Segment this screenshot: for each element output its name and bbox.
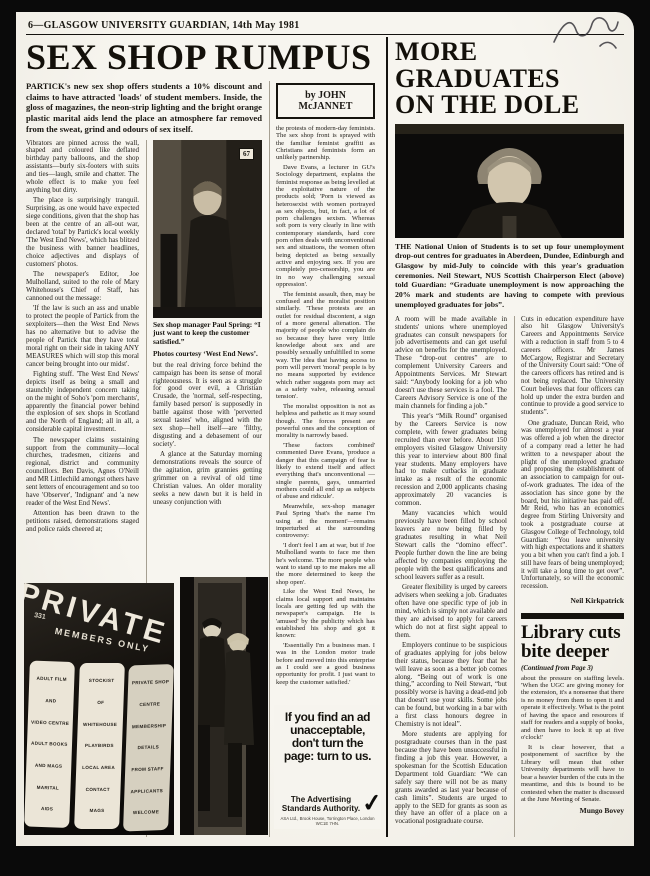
paragraph: VIDEO CENTRE [31,719,69,726]
paragraph: AND [45,698,56,704]
newspaper-page: 6—GLASGOW UNIVERSITY GUARDIAN, 14th May … [16,12,634,846]
paragraph: Many vacancies which would previously ha… [395,510,507,581]
paragraph: This year's “Milk Round” organised by th… [395,413,507,508]
paragraph: Dave Evans, a lecturer in GU's Sociology… [276,164,375,288]
scan-border: 6—GLASGOW UNIVERSITY GUARDIAN, 14th May … [0,0,650,876]
byline-box: by JOHN McJANNET [276,83,375,119]
masthead: 6—GLASGOW UNIVERSITY GUARDIAN, 14th May … [26,20,624,35]
paragraph: ADULT BOOKS [31,741,68,748]
demonstrators-photo-image [180,577,268,835]
photo-credit: Photos courtesy ‘West End News’. [153,350,262,358]
graduates-column-2: Cuts in education expenditure have also … [514,316,624,837]
paragraph: AND MAGS [35,763,63,769]
asa-ad-footer: The Advertising Standards Authority. ✓ [276,795,379,813]
paragraph: More students are applying for postgradu… [395,731,507,826]
sexshop-headline: SEX SHOP RUMPUS [26,38,381,77]
paragraph: MARITAL [37,784,60,790]
manager-photo-image [153,140,262,307]
column-text: the protests of modern-day feminists. Th… [276,125,375,689]
section-rule [521,613,624,619]
paragraph: A room will be made available in student… [395,316,507,411]
sexshop-intro: PARTICK's new sex shop offers students a… [26,81,262,135]
library-continued-note: (Continued from Page 3) [521,664,624,672]
paragraph: CENTRE [140,701,161,707]
paragraph: 'If the law is such an ass and unable to… [26,305,139,368]
asa-organisation: The Advertising Standards Authority. [276,795,366,813]
paragraph: WELCOME [133,810,159,816]
shop-number-sign: 331 [33,612,46,621]
paragraph: Attention has been drawn to the petition… [26,510,139,534]
paragraph: Cuts in education expenditure have also … [521,316,624,417]
pen-scribble [550,12,620,54]
paragraph: ADULT FILM [36,676,66,683]
manager-photo: 67 [153,140,262,318]
paragraph: but the real driving force behind the ca… [153,362,262,449]
paragraph: STOCKIST [88,678,114,683]
column-text: about the pressure on staffing levels. '… [521,675,624,804]
paragraph: Employers continue to be suspicious of g… [395,642,507,729]
asa-tick-icon: ✓ [360,788,383,819]
paragraph: PRIVATE SHOP [132,679,169,686]
paragraph: CONTACT [85,787,109,792]
paragraph: 'These factors combined' commented Dave … [276,442,375,501]
manager-photo-caption: Sex shop manager Paul Spring: “I just wa… [153,321,262,347]
paragraph: PLAYBIRDS [84,743,113,748]
paragraph: WHITEHOUSE [83,722,117,727]
paragraph: A glance at the Saturday morning demonst… [153,451,262,506]
column-text: but the real driving force behind the ca… [153,362,262,507]
graduates-columns: A room will be made available in student… [395,316,624,837]
headline-line-2: ON THE DOLE [395,90,580,119]
window-sign-panel-2: STOCKISTOFWHITEHOUSEPLAYBIRDSLOCAL AREAC… [74,663,124,829]
paragraph: It is clear however, that a postponement… [521,744,624,804]
window-sign-panel-1: ADULT FILMANDVIDEO CENTREADULT BOOKSAND … [24,661,74,828]
paragraph: One graduate, Duncan Reid, who was unemp… [521,420,624,592]
window-sign-panel-3: PRIVATE SHOPCENTREMEMBERSHIPDETAILSFROM … [123,664,174,831]
paragraph: The place is surprisingly tranquil. Surp… [26,197,139,268]
paragraph: FROM STAFF [132,766,165,773]
asa-ad-headline: If you find an ad unacceptable, don't tu… [276,711,379,763]
house-number-sign: 67 [239,148,254,160]
paragraph: Like the West End News, he claims local … [276,588,375,639]
graduates-caption: THE National Union of Students is to set… [395,242,624,310]
paragraph: The feminist assault, then, may be confu… [276,291,375,401]
shop-window-photo: PRIVATE 331 MEMBERS ONLY ADULT FILMANDVI… [24,583,174,835]
graduates-column-1: A room will be made available in student… [395,316,507,837]
paragraph: about the pressure on staffing levels. '… [521,675,624,742]
byline: by JOHN McJANNET [299,90,353,112]
paragraph: Greater flexibility is urged by careers … [395,584,507,639]
paragraph: The newspaper's Editor, Joe Mulholland, … [26,271,139,303]
paragraph: AIDS [41,806,53,812]
paragraph: MAGS [89,808,104,813]
neil-stewart-photo-image [395,124,624,238]
column-text: Cuts in education expenditure have also … [521,316,624,594]
paragraph: DETAILS [138,745,160,751]
library-headline: Library cuts bite deeper [521,623,624,661]
paragraph: Vibrators are pinned across the wall, sh… [26,140,139,195]
page-content: SEX SHOP RUMPUS PARTICK's new sex shop o… [26,37,624,837]
graduates-article: MORE GRADUATES ON THE DOLE THE National [388,37,624,837]
column-text: Vibrators are pinned across the wall, sh… [26,140,139,535]
demonstrators-photo [180,577,268,835]
paragraph: the protests of modern-day feminists. Th… [276,125,375,162]
paragraph: Meanwhile, sex-shop manager Paul Spring … [276,503,375,540]
headline-line-1: MORE GRADUATES [395,37,560,93]
sexshop-article: SEX SHOP RUMPUS PARTICK's new sex shop o… [26,37,381,837]
paragraph: Fighting stuff. 'The West End News' depi… [26,371,139,434]
paragraph: OF [97,700,104,705]
paragraph: The newspaper claims sustaining support … [26,437,139,508]
asa-advert: If you find an ad unacceptable, don't tu… [274,705,381,829]
library-cuts-article: Library cuts bite deeper (Continued from… [521,608,624,818]
neil-stewart-photo [395,124,624,238]
graduates-signature: Neil Kirkpatrick [521,596,624,605]
library-signature: Mungo Bovey [521,806,624,815]
paragraph: APPLICANTS [131,788,164,795]
paragraph: MEMBERSHIP [132,723,166,730]
paragraph: 'Essentially I'm a business man. I was i… [276,642,375,686]
column-text: A room will be made available in student… [395,316,507,827]
window-sign-panels: ADULT FILMANDVIDEO CENTREADULT BOOKSAND … [24,661,174,832]
paragraph: LOCAL AREA [82,765,115,770]
paragraph: 'I don't feel I am at war, but if Joe Mu… [276,542,375,586]
paragraph: The moralist opposition is not as helple… [276,403,375,440]
